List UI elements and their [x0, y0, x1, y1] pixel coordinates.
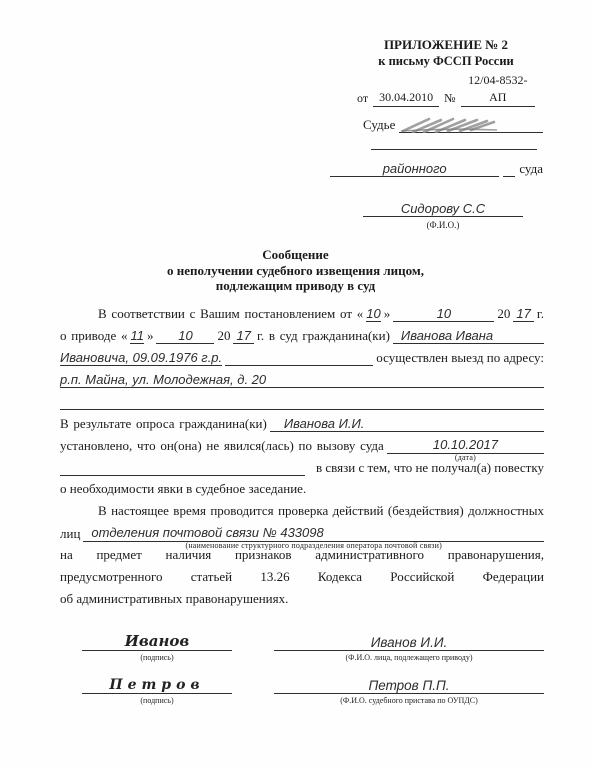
quote-close-2: » — [147, 328, 154, 344]
post-office-caption: (наименование структурного подразделения… — [83, 541, 544, 550]
blank-line — [60, 388, 544, 410]
resolution-year-value: 17 — [513, 306, 533, 322]
signature-caption: (подпись) — [82, 653, 232, 662]
judge-name-scribble — [399, 116, 543, 133]
century-prefix: 20 — [497, 306, 510, 322]
citizen-name-cont-value: Ивановича, 09.09.1976 г.р. — [60, 350, 222, 366]
address-value: р.п. Майна, ул. Молодежная, д. 20 — [60, 372, 544, 388]
judge-fio-value: Сидорову С.С — [363, 201, 523, 217]
citizen-name-value: Иванова Ивана — [393, 328, 544, 344]
fio-line-2: Петров П.П. — [274, 671, 544, 694]
signature-block: Иванов (подпись) Иванов И.И. (Ф.И.О. лиц… — [60, 628, 544, 705]
signature-line-2: Петров — [82, 671, 232, 694]
no-show-text: установлено, что он(она) не явился(лась)… — [60, 438, 384, 454]
person-fio-caption: (Ф.И.О. лица, подлежащего приводу) — [274, 653, 544, 662]
interviewed-fio-value: Иванова И.И. — [270, 416, 544, 432]
visit-text: осуществлен выезд по адресу: — [376, 350, 544, 366]
post-office-field: отделения почтовой связи № 433098 (наиме… — [83, 525, 544, 542]
interview-text: В результате опроса гражданина(ки) — [60, 416, 267, 432]
interview-line: В результате опроса гражданина(ки) Ивано… — [60, 410, 544, 432]
from-label: от — [357, 90, 368, 107]
bring-text: о приводе « — [60, 328, 127, 344]
bailiff-fio-caption: (Ф.И.О. судебного пристава по ОУПДС) — [274, 696, 544, 705]
signature-left-2: Петров (подпись) — [82, 671, 232, 705]
officials-text: лиц — [60, 526, 80, 542]
court-line-gap — [503, 176, 515, 177]
title-line-3: подлежащим приводу в суд — [0, 278, 591, 294]
citizen-text: г. в суд гражданина(ки) — [257, 328, 390, 344]
appearance-line: о необходимости явки в судебное заседани… — [60, 476, 544, 498]
resolution-month-value: 10 — [393, 306, 494, 322]
header-block: ПРИЛОЖЕНИЕ № 2 к письму ФССП России от 3… — [357, 36, 535, 107]
scanned-document-page: ПРИЛОЖЕНИЕ № 2 к письму ФССП России от 3… — [0, 0, 591, 768]
violation-line-3: об административных правонарушениях. — [60, 586, 544, 608]
resolution-line-1: В соответствии с Вашим постановлением от… — [60, 300, 544, 322]
signature-row-2: Петров (подпись) Петров П.П. (Ф.И.О. суд… — [60, 671, 544, 705]
quote-close: » — [384, 306, 391, 322]
letter-number: 12/04-8532-АП — [461, 72, 535, 107]
citizen-cont-line: Ивановича, 09.09.1976 г.р. осуществлен в… — [60, 344, 544, 366]
blank-underline-2 — [60, 409, 544, 410]
handwritten-signature-2: Петров — [109, 677, 204, 693]
appendix-title: ПРИЛОЖЕНИЕ № 2 — [357, 36, 535, 53]
title-line-2: о неполучении судебного извещения лицом, — [0, 263, 591, 279]
document-title: Сообщение о неполучении судебного извеще… — [0, 247, 591, 294]
judge-fio-line: Сидорову С.С — [363, 177, 523, 217]
bailiff-fio-value: Петров П.П. — [368, 678, 449, 693]
fio-caption: (Ф.И.О.) — [363, 220, 523, 230]
blank-court-line — [371, 133, 537, 150]
post-office-line: лиц отделения почтовой связи № 433098 (н… — [60, 520, 544, 542]
summons-date-value: 10.10.2017 — [433, 437, 498, 452]
summons-date-field: 10.10.2017 (дата) — [387, 437, 544, 454]
signature-row-1: Иванов (подпись) Иванов И.И. (Ф.И.О. лиц… — [60, 628, 544, 662]
reason-text: в связи с тем, что не получал(а) повестк… — [316, 460, 544, 476]
fio-line: Иванов И.И. — [274, 628, 544, 651]
address-line: р.п. Майна, ул. Молодежная, д. 20 — [60, 366, 544, 388]
court-line: районного суда — [330, 150, 543, 177]
bring-line: о приводе «11» 10 2017 г. в суд граждани… — [60, 322, 544, 344]
century-prefix-2: 20 — [217, 328, 230, 344]
violation-line-2: предусмотренного статьей 13.26 Кодекса Р… — [60, 564, 544, 586]
date-caption: (дата) — [387, 453, 544, 462]
signature-right-1: Иванов И.И. (Ф.И.О. лица, подлежащего пр… — [274, 628, 544, 662]
blank-underline — [225, 365, 373, 366]
court-name-value: районного — [330, 161, 499, 177]
bring-day-value: 11 — [130, 328, 144, 344]
bring-month-value: 10 — [156, 328, 214, 344]
court-suffix: суда — [519, 161, 543, 177]
document-body: В соответствии с Вашим постановлением от… — [60, 300, 544, 608]
appendix-subtitle: к письму ФССП России — [357, 53, 535, 70]
title-line-1: Сообщение — [0, 247, 591, 263]
resolution-day-value: 10 — [366, 306, 380, 322]
signature-left-1: Иванов (подпись) — [82, 628, 232, 662]
addressee-block: Судье районного — [363, 113, 543, 230]
header-from-row: от 30.04.2010 № 12/04-8532-АП — [357, 72, 535, 107]
person-fio-value: Иванов И.И. — [371, 635, 447, 650]
year-abbrev: г. — [537, 306, 544, 322]
handwritten-signature: Иванов — [125, 632, 190, 650]
no-show-line: установлено, что он(она) не явился(лась)… — [60, 432, 544, 454]
post-office-value: отделения почтовой связи № 433098 — [91, 525, 323, 540]
resolution-text: В соответствии с Вашим постановлением от… — [98, 306, 363, 322]
letter-date: 30.04.2010 — [373, 89, 439, 107]
scribble-icon — [399, 116, 539, 133]
judge-label: Судье — [363, 117, 395, 133]
number-label: № — [444, 90, 455, 107]
signature-right-2: Петров П.П. (Ф.И.О. судебного пристава п… — [274, 671, 544, 705]
bring-year-value: 17 — [233, 328, 253, 344]
judge-line: Судье — [363, 113, 543, 133]
signature-caption-2: (подпись) — [82, 696, 232, 705]
inspection-line-1: В настоящее время проводится проверка де… — [60, 498, 544, 520]
signature-line: Иванов — [82, 628, 232, 651]
